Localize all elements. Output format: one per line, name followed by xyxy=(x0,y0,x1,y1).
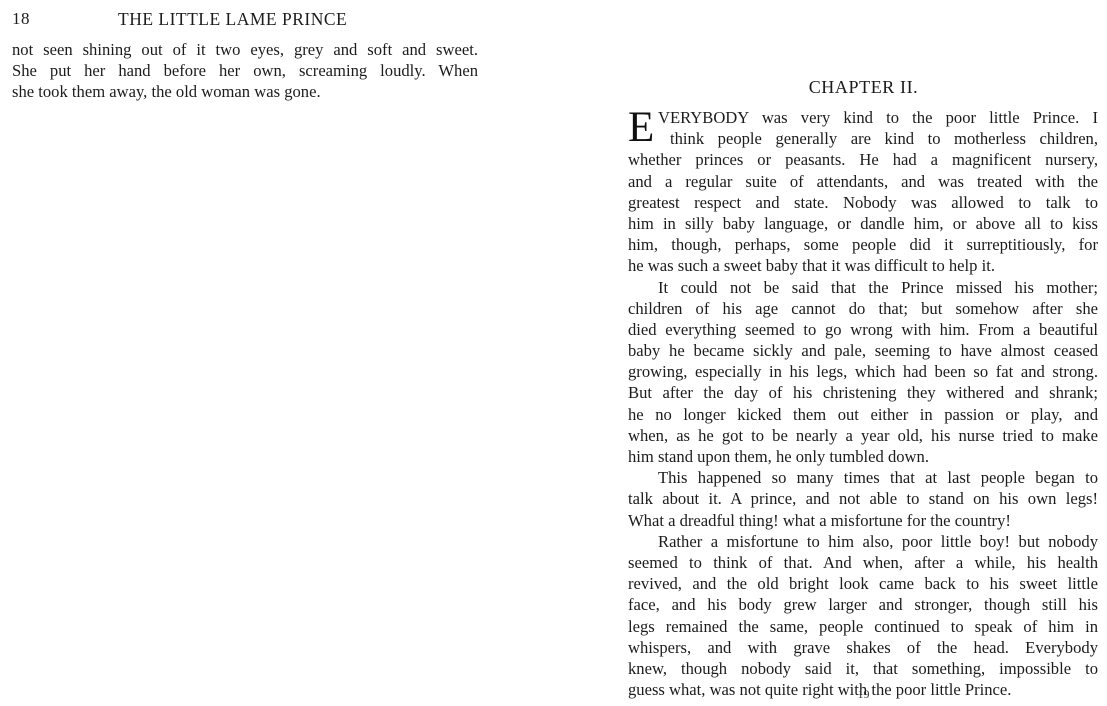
drop-cap: E xyxy=(628,109,654,147)
text-line: whether princes or peasants. He had a ma… xyxy=(628,149,1098,170)
text-line: he was such a sweet baby that it was dif… xyxy=(628,255,1098,276)
right-page-text: E VERYBODY was very kind to the poor lit… xyxy=(628,107,1098,700)
text-line: think people generally are kind to mothe… xyxy=(628,128,1098,149)
text-line: revived, and the old bright look came ba… xyxy=(628,573,1098,594)
text-line: died everything seemed to go wrong with … xyxy=(628,319,1098,340)
text-line: Rather a misfortune to him also, poor li… xyxy=(628,531,1098,552)
text-line: him, though, perhaps, some people did it… xyxy=(628,234,1098,255)
text-line: him in silly baby language, or dandle hi… xyxy=(628,213,1098,234)
text-line: legs remained the same, people continued… xyxy=(628,616,1098,637)
text-line: knew, though nobody said it, that someth… xyxy=(628,658,1098,679)
text-line: What a dreadful thing! what a misfortune… xyxy=(628,510,1098,531)
text-line: growing, especially in his legs, which h… xyxy=(628,361,1098,382)
text-line: whispers, and with grave shakes of the h… xyxy=(628,637,1098,658)
left-page-text: not seen shining out of it two eyes, gre… xyxy=(12,39,478,103)
right-page: CHAPTER II. E VERYBODY was very kind to … xyxy=(620,0,1107,706)
text-line: not seen shining out of it two eyes, gre… xyxy=(12,39,478,60)
text-line: and a regular suite of attendants, and w… xyxy=(628,171,1098,192)
left-page: 18 THE LITTLE LAME PRINCE not seen shini… xyxy=(0,0,500,706)
text-line: VERYBODY was very kind to the poor littl… xyxy=(628,107,1098,128)
paragraph-2: It could not be said that the Prince mis… xyxy=(628,277,1098,468)
text-line: baby he became sickly and pale, seeming … xyxy=(628,340,1098,361)
page-number-left: 18 xyxy=(12,9,30,29)
paragraph-3: This happened so many times that at last… xyxy=(628,467,1098,531)
paragraph-4: Rather a misfortune to him also, poor li… xyxy=(628,531,1098,701)
book-title: THE LITTLE LAME PRINCE xyxy=(118,9,347,30)
text-line: he no longer kicked them out either in p… xyxy=(628,404,1098,425)
text-line: she took them away, the old woman was go… xyxy=(12,81,478,102)
text-line: him stand upon them, he only tumbled dow… xyxy=(628,446,1098,467)
text-line: seemed to think of that. And when, after… xyxy=(628,552,1098,573)
text-line: greatest respect and state. Nobody was a… xyxy=(628,192,1098,213)
text-line: It could not be said that the Prince mis… xyxy=(628,277,1098,298)
page-number-right: 19 xyxy=(620,687,1107,702)
chapter-title: CHAPTER II. xyxy=(620,77,1107,98)
text-line: children of his age cannot do that; but … xyxy=(628,298,1098,319)
text-line: But after the day of his christening the… xyxy=(628,382,1098,403)
text-line: face, and his body grew larger and stron… xyxy=(628,594,1098,615)
running-head: 18 THE LITTLE LAME PRINCE xyxy=(12,6,482,32)
paragraph-1: VERYBODY was very kind to the poor littl… xyxy=(628,107,1098,277)
text-line: when, as he got to be nearly a year old,… xyxy=(628,425,1098,446)
text-line: This happened so many times that at last… xyxy=(628,467,1098,488)
text-line: talk about it. A prince, and not able to… xyxy=(628,488,1098,509)
text-line: She put her hand before her own, screami… xyxy=(12,60,478,81)
